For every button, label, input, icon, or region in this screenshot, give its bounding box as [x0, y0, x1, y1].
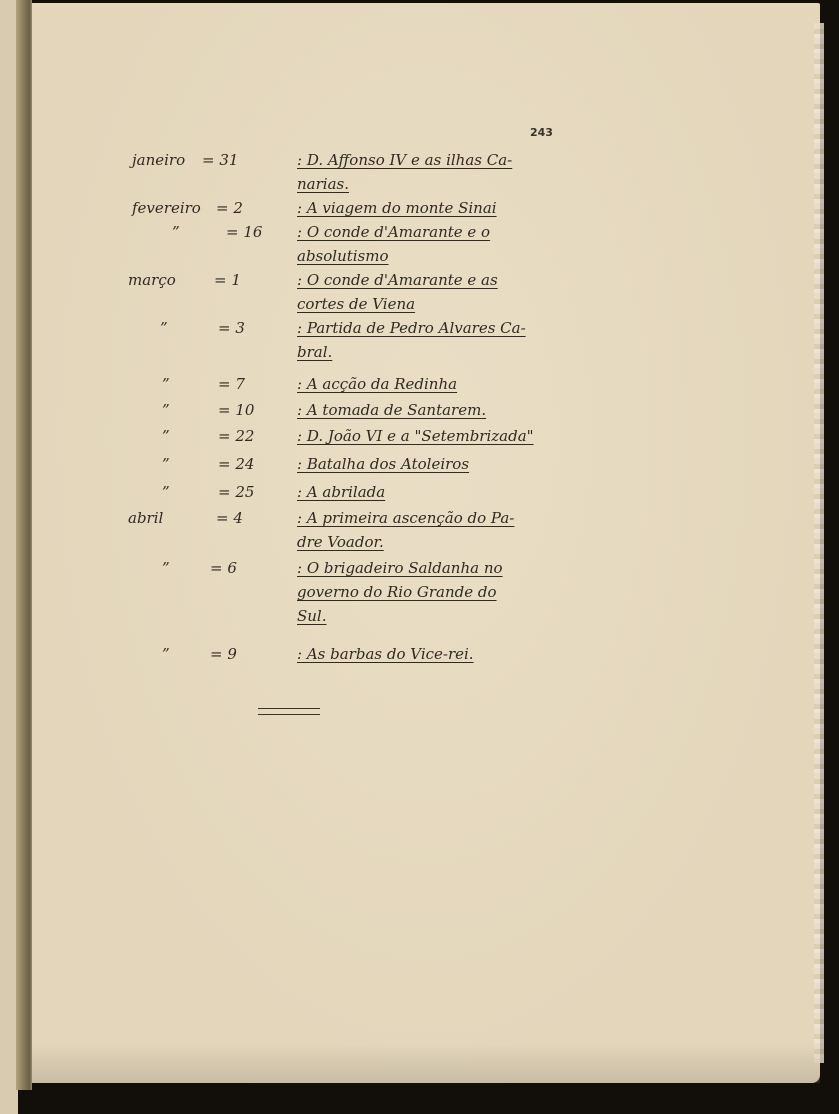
entry-date: ”= 25: [132, 480, 297, 504]
entry-date: ”= 6: [132, 556, 297, 628]
entry-day: = 7: [218, 372, 245, 396]
entry-date: ”= 16: [132, 220, 297, 268]
list-item: ”= 10: A tomada de Santarem.: [132, 398, 587, 422]
entry-day: = 31: [202, 148, 238, 172]
entry-date: ”= 24: [132, 452, 297, 476]
entry-date: ”= 22: [132, 424, 297, 448]
entry-month: ”: [162, 480, 170, 504]
entry-day: = 16: [226, 220, 262, 244]
entry-date: fevereiro= 2: [132, 196, 297, 220]
list-item: abril= 4: A primeira ascenção do Pa- dre…: [132, 506, 587, 554]
entry-date: abril= 4: [132, 506, 297, 554]
entry-title: : D. João VI e a "Setembrizada": [297, 424, 587, 448]
list-item: ”= 9: As barbas do Vice-rei.: [132, 642, 587, 666]
list-item: janeiro= 31: D. Affonso IV e as ilhas Ca…: [132, 148, 587, 196]
entry-month: fevereiro: [132, 196, 201, 220]
entry-title: : A abrilada: [297, 480, 587, 504]
entry-month: março: [128, 268, 176, 292]
entry-month: ”: [162, 372, 170, 396]
entry-day: = 25: [218, 480, 254, 504]
book-spine-gutter: [16, 0, 32, 1090]
entry-title: : Batalha dos Atoleiros: [297, 452, 587, 476]
entry-date: ”= 7: [132, 372, 297, 396]
entry-title: : D. Affonso IV e as ilhas Ca- narias.: [297, 148, 587, 196]
entry-month: ”: [160, 316, 168, 340]
entry-title: : As barbas do Vice-rei.: [297, 642, 587, 666]
entry-day: = 10: [218, 398, 254, 422]
entry-day: = 9: [210, 642, 237, 666]
entry-date: ”= 3: [132, 316, 297, 364]
entry-month: ”: [162, 398, 170, 422]
entry-day: = 4: [216, 506, 243, 530]
list-item: ”= 16: O conde d'Amarante e o absolutism…: [132, 220, 587, 268]
entry-date: ”= 9: [132, 642, 297, 666]
entry-month: janeiro: [132, 148, 185, 172]
entry-month: ”: [162, 642, 170, 666]
entry-day: = 1: [214, 268, 241, 292]
entry-title: : O conde d'Amarante e o absolutismo: [297, 220, 587, 268]
list-item: março= 1: O conde d'Amarante e as cortes…: [132, 268, 587, 316]
list-item: ”= 6: O brigadeiro Saldanha no governo d…: [132, 556, 587, 628]
entry-date: ”= 10: [132, 398, 297, 422]
entry-day: = 6: [210, 556, 237, 580]
entry-title: : A tomada de Santarem.: [297, 398, 587, 422]
entry-title: : A acção da Redinha: [297, 372, 587, 396]
entry-day: = 22: [218, 424, 254, 448]
list-item: fevereiro= 2: A viagem do monte Sinai: [132, 196, 587, 220]
entry-date: janeiro= 31: [132, 148, 297, 196]
page-number: 243: [530, 126, 553, 139]
entry-date: março= 1: [132, 268, 297, 316]
entry-day: = 2: [216, 196, 243, 220]
torn-page-edge: [814, 23, 824, 1063]
list-item: ”= 24: Batalha dos Atoleiros: [132, 452, 587, 476]
entry-month: ”: [172, 220, 180, 244]
entry-title: : A primeira ascenção do Pa- dre Voador.: [297, 506, 587, 554]
end-double-rule: [258, 708, 320, 715]
entry-title: : O conde d'Amarante e as cortes de Vien…: [297, 268, 587, 316]
entry-month: ”: [162, 452, 170, 476]
entry-title: : O brigadeiro Saldanha no governo do Ri…: [297, 556, 587, 628]
list-item: ”= 7: A acção da Redinha: [132, 372, 587, 396]
entry-title: : Partida de Pedro Alvares Ca- bral.: [297, 316, 587, 364]
list-item: ”= 3: Partida de Pedro Alvares Ca- bral.: [132, 316, 587, 364]
entry-month: abril: [128, 506, 163, 530]
entry-title: : A viagem do monte Sinai: [297, 196, 587, 220]
entry-month: ”: [162, 424, 170, 448]
list-item: ”= 25: A abrilada: [132, 480, 587, 504]
entry-day: = 3: [218, 316, 245, 340]
entry-month: ”: [162, 556, 170, 580]
list-item: ”= 22: D. João VI e a "Setembrizada": [132, 424, 587, 448]
entry-day: = 24: [218, 452, 254, 476]
